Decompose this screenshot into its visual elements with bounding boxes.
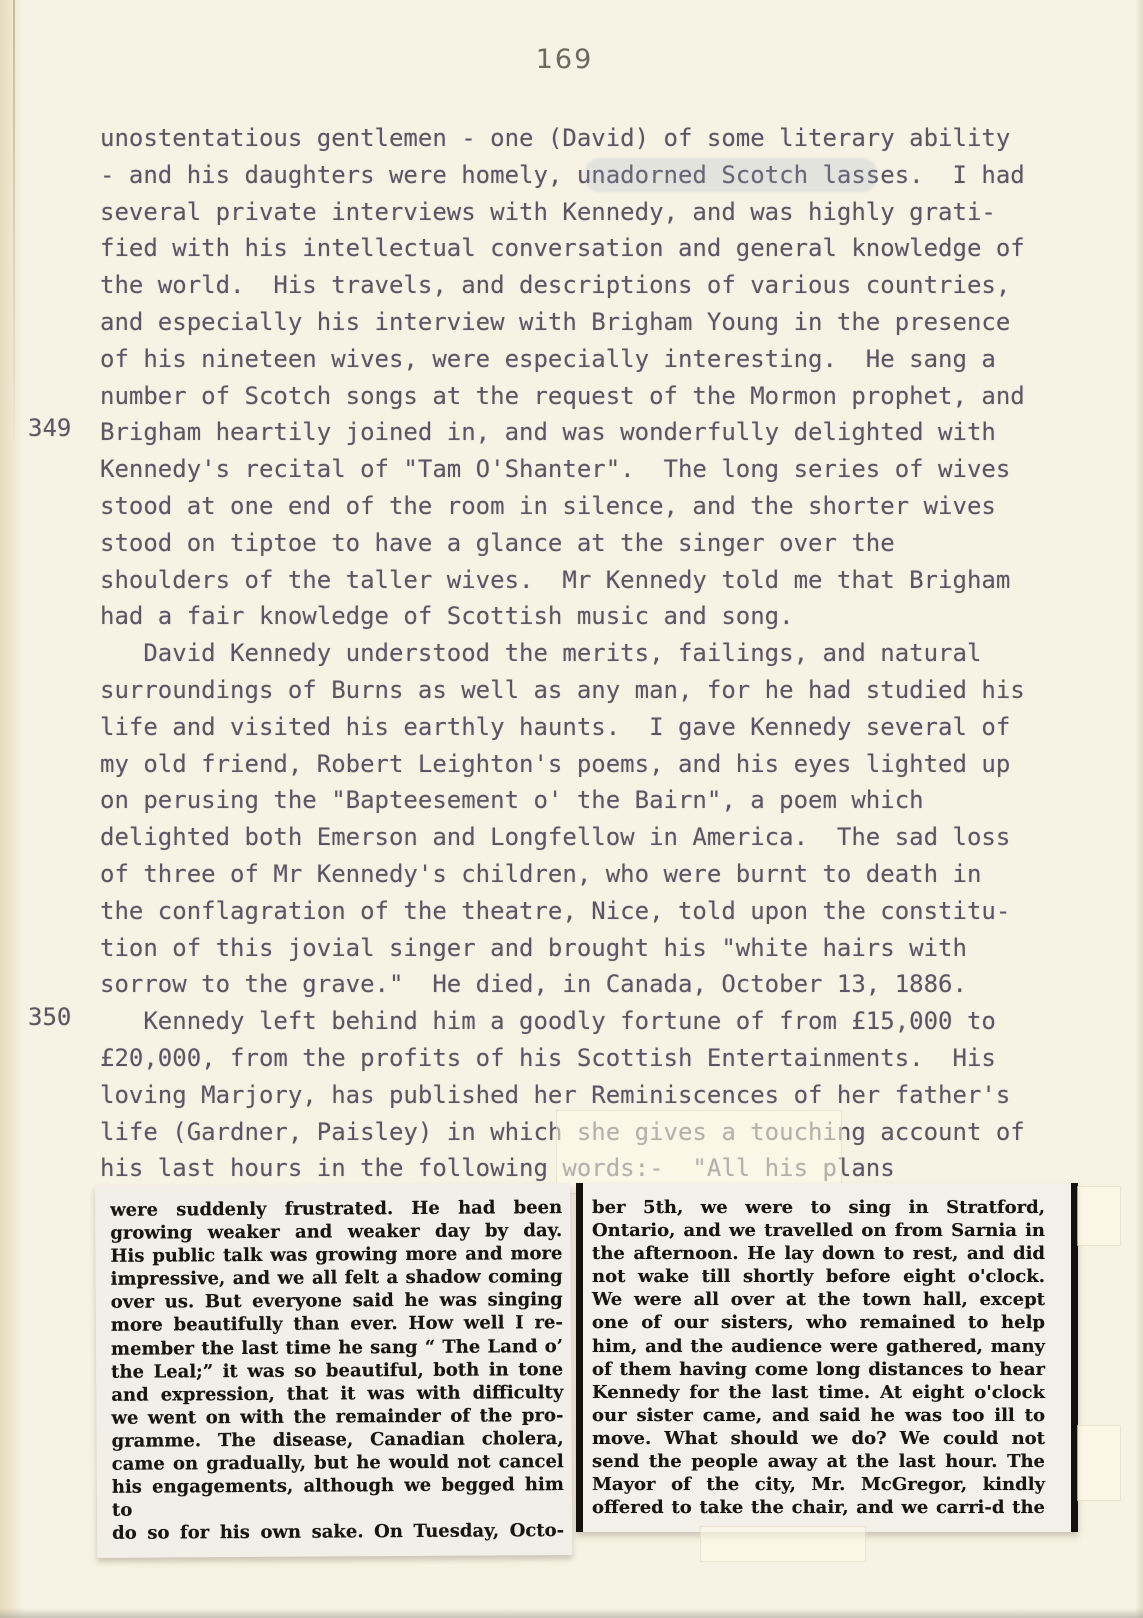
newsprint-line: His public talk was growing more and mor… [110,1242,562,1268]
typed-line: fied with his intellectual conversation … [100,230,1025,267]
newsprint-line: offered to take the chair, and we carri-… [592,1496,1045,1519]
newspaper-clippings: were suddenly frustrated. He had beengro… [95,1183,1078,1555]
newsprint-line: move. What should we do? We could not [592,1427,1045,1450]
typed-line: shoulders of the taller wives. Mr Kenned… [100,562,1025,599]
scan-bottom-edge-shadow [0,1608,1143,1618]
newsprint-line: Ontario, and we travelled on from Sarnia… [592,1219,1045,1242]
typewritten-text-block: unostentatious gentlemen - one (David) o… [100,120,1025,1187]
scanned-memoir-page: { "page": { "number": "169" }, "margin_n… [0,0,1143,1618]
typed-line: on perusing the "Bapteesement o' the Bai… [100,782,1025,819]
typed-line: Brigham heartily joined in, and was wond… [100,414,1025,451]
typed-line: life and visited his earthly haunts. I g… [100,709,1025,746]
typed-line: and especially his interview with Brigha… [100,304,1025,341]
typed-line: Kennedy left behind him a goodly fortune… [100,1003,1025,1040]
newsprint-line: we went on with the remainder of the pro… [111,1404,563,1430]
scan-right-edge-shadow [1135,0,1143,1618]
newspaper-clipping-left-column: were suddenly frustrated. He had beengro… [95,1183,572,1558]
typed-line: stood at one end of the room in silence,… [100,488,1025,525]
typed-line: Kennedy's recital of "Tam O'Shanter". Th… [100,451,1025,488]
margin-paragraph-number-349: 349 [28,414,71,442]
newsprint-line: came on gradually, but he would not canc… [112,1450,564,1476]
page-number: 169 [0,44,1136,75]
newsprint-line: were suddenly frustrated. He had been [110,1196,562,1222]
scan-left-edge-shadow [0,0,24,1618]
newspaper-clipping-right-column: ber 5th, we were to sing in Stratford,On… [576,1183,1078,1532]
typed-line: several private interviews with Kennedy,… [100,194,1025,231]
newsprint-line: our sister came, and said he was too ill… [592,1404,1045,1427]
newsprint-line: his engagements, although we begged him … [112,1473,564,1522]
newsprint-line: Kennedy for the last time. At eight o'cl… [592,1381,1045,1404]
typed-line: David Kennedy understood the merits, fai… [100,635,1025,672]
newsprint-line: ber 5th, we were to sing in Stratford, [592,1196,1045,1219]
typed-line: of three of Mr Kennedy's children, who w… [100,856,1025,893]
typed-line: life (Gardner, Paisley) in which she giv… [100,1114,1025,1151]
newsprint-line: more beautifully than ever. How well I r… [111,1312,563,1338]
typed-line: had a fair knowledge of Scottish music a… [100,598,1025,635]
typed-line: surroundings of Burns as well as any man… [100,672,1025,709]
newsprint-line: send the people away at the last hour. T… [592,1450,1045,1473]
typed-line: of his nineteen wives, were especially i… [100,341,1025,378]
typed-line: sorrow to the grave." He died, in Canada… [100,966,1025,1003]
newsprint-line: of them having come long distances to he… [592,1358,1045,1381]
newsprint-line: Mayor of the city, Mr. McGregor, kindly [592,1473,1045,1496]
typed-line: - and his daughters were homely, unadorn… [100,157,1025,194]
newsprint-line: do so for his own sake. On Tuesday, Octo… [112,1519,564,1545]
typed-line: tion of this jovial singer and brought h… [100,930,1025,967]
typed-line: £20,000, from the profits of his Scottis… [100,1040,1025,1077]
typed-line: the conflagration of the theatre, Nice, … [100,893,1025,930]
newsprint-line: and expression, that it was with difficu… [111,1381,563,1407]
typed-line: delighted both Emerson and Longfellow in… [100,819,1025,856]
newsprint-line: We were all over at the town hall, excep… [592,1288,1045,1311]
margin-paragraph-number-350: 350 [28,1003,71,1031]
newsprint-line: growing weaker and weaker day by day. [110,1219,562,1245]
newsprint-line: the Leal;” it was so beautiful, both in … [111,1358,563,1384]
tape-mark [1077,1186,1121,1246]
typed-line: his last hours in the following words:- … [100,1150,1025,1187]
newsprint-line: over us. But everyone said he was singin… [111,1288,563,1314]
typed-line: my old friend, Robert Leighton's poems, … [100,746,1025,783]
typed-line: stood on tiptoe to have a glance at the … [100,525,1025,562]
typed-line: unostentatious gentlemen - one (David) o… [100,120,1025,157]
newsprint-line: him, and the audience were gathered, man… [592,1335,1045,1358]
typed-line: number of Scotch songs at the request of… [100,378,1025,415]
newsprint-line: one of our sisters, who remained to help [592,1311,1045,1334]
tape-mark [1077,1425,1121,1501]
newsprint-line: gramme. The disease, Canadian cholera, [111,1427,563,1453]
newsprint-line: member the last time he sang “ The Land … [111,1335,563,1361]
typed-line: the world. His travels, and descriptions… [100,267,1025,304]
typed-line: loving Marjory, has published her Remini… [100,1077,1025,1114]
newsprint-line: not wake till shortly before eight o'clo… [592,1265,1045,1288]
newsprint-line: the afternoon. He lay down to rest, and … [592,1242,1045,1265]
newsprint-line: impressive, and we all felt a shadow com… [111,1265,563,1291]
